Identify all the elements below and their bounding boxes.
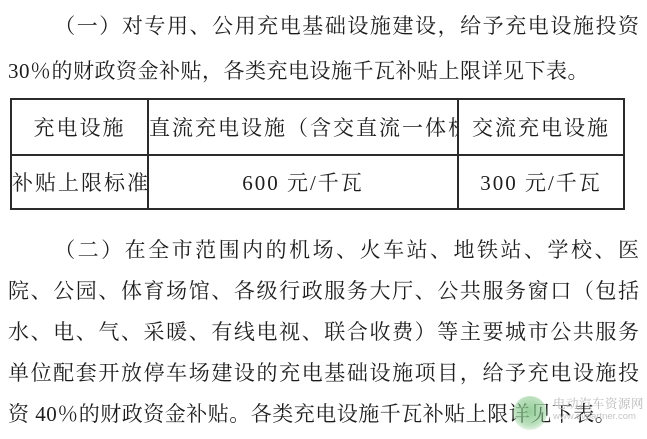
- paragraph-2-line-4: 单位配套开放停车场建设的充电基础设施项目，给予充电设施投: [8, 353, 639, 394]
- header-cell-ac: 交流充电设施: [458, 99, 624, 155]
- cell-subsidy-label: 补贴上限标准: [11, 155, 148, 209]
- cell-dc-value: 600 元/千瓦: [148, 155, 458, 209]
- paragraph-2-line-2: 院、公园、体育场馆、各级行政服务大厅、公共服务窗口（包括: [8, 271, 639, 312]
- paragraph-1-line-2: 30％的财政资金补贴，各类充电设施千瓦补贴上限详见下表。: [8, 49, 639, 94]
- paragraph-2-line-5: 资 40％的财政资金补贴。各类充电设施千瓦补贴上限详见下表。: [8, 394, 639, 435]
- paragraph-2-line-3: 水、电、气、采暖、有线电视、联合收费）等主要城市公共服务: [8, 312, 639, 353]
- header-cell-dc: 直流充电设施（含交直流一体机）: [148, 99, 458, 155]
- paragraph-2-line-1: （二）在全市范围内的机场、火车站、地铁站、学校、医: [8, 230, 639, 271]
- paragraph-2: （二）在全市范围内的机场、火车站、地铁站、学校、医 院、公园、体育场馆、各级行政…: [8, 230, 639, 435]
- paragraph-1: （一）对专用、公用充电基础设施建设，给予充电设施投资 30％的财政资金补贴，各类…: [8, 4, 639, 94]
- table-row: 补贴上限标准 600 元/千瓦 300 元/千瓦: [11, 155, 624, 209]
- header-cell-facility: 充电设施: [11, 99, 148, 155]
- subsidy-limit-table: 充电设施 直流充电设施（含交直流一体机） 交流充电设施 补贴上限标准 600 元…: [10, 98, 625, 210]
- document-page: （一）对专用、公用充电基础设施建设，给予充电设施投资 30％的财政资金补贴，各类…: [0, 0, 647, 439]
- cell-ac-value: 300 元/千瓦: [458, 155, 624, 209]
- table-header-row: 充电设施 直流充电设施（含交直流一体机） 交流充电设施: [11, 99, 624, 155]
- paragraph-1-line-1: （一）对专用、公用充电基础设施建设，给予充电设施投资: [8, 4, 639, 49]
